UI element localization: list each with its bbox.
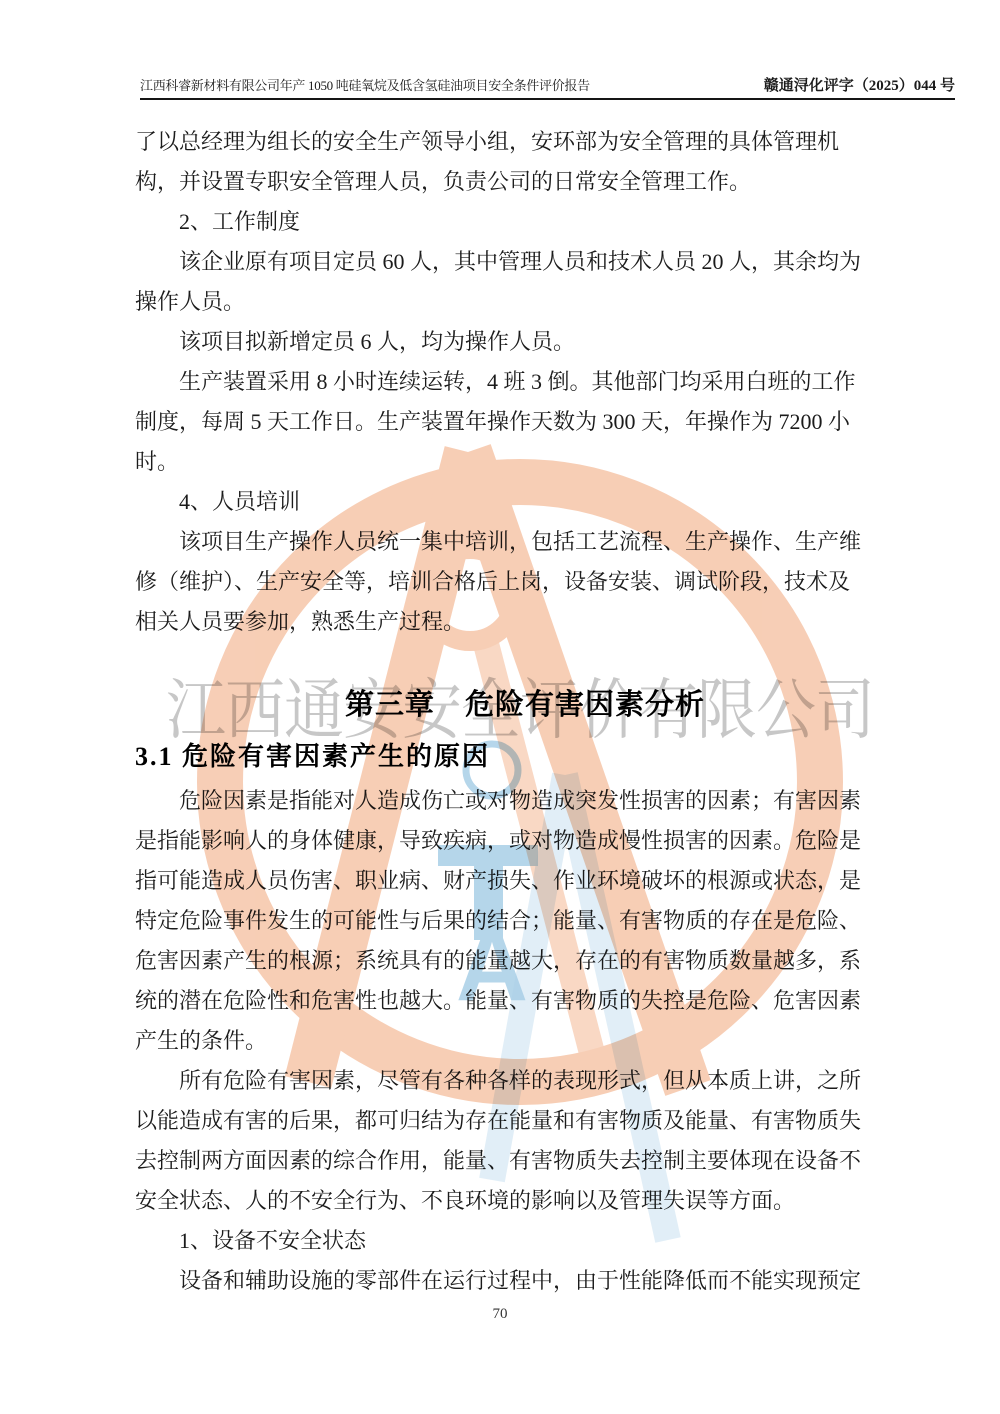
- body-line: 修（维护）、生产安全等，培训合格后上岗，设备安装、调试阶段，技术及: [135, 562, 915, 602]
- body-line: 该项目生产操作人员统一集中培训，包括工艺流程、生产操作、生产维: [135, 522, 915, 562]
- body-line: 安全状态、人的不安全行为、不良环境的影响以及管理失误等方面。: [135, 1181, 915, 1221]
- header-doc-number: 赣通浔化评字（2025）044 号: [764, 74, 955, 95]
- body-line: 时。: [135, 442, 915, 482]
- body-line: 相关人员要参加，熟悉生产过程。: [135, 602, 915, 642]
- page-header: 江西科睿新材料有限公司年产 1050 吨硅氧烷及低含氢硅油项目安全条件评价报告 …: [140, 74, 955, 100]
- body-line: 指可能造成人员伤害、职业病、财产损失、作业环境破坏的根源或状态，是: [135, 861, 915, 901]
- body-line: 设备和辅助设施的零部件在运行过程中，由于性能降低而不能实现预定: [135, 1261, 915, 1301]
- body-line: 制度，每周 5 天工作日。生产装置年操作天数为 300 天，年操作为 7200 …: [135, 402, 915, 442]
- document-page: 江西科睿新材料有限公司年产 1050 吨硅氧烷及低含氢硅油项目安全条件评价报告 …: [0, 0, 1000, 1414]
- page-number: 70: [0, 1306, 1000, 1323]
- body-line: 危害因素产生的根源；系统具有的能量越大，存在的有害物质数量越多，系: [135, 941, 915, 981]
- body-line: 特定危险事件发生的可能性与后果的结合；能量、有害物质的存在是危险、: [135, 901, 915, 941]
- body-line: 以能造成有害的后果，都可归结为存在能量和有害物质及能量、有害物质失: [135, 1101, 915, 1141]
- body-line: 该项目拟新增定员 6 人，均为操作人员。: [135, 322, 915, 362]
- body-line: 生产装置采用 8 小时连续运转，4 班 3 倒。其他部门均采用白班的工作: [135, 362, 915, 402]
- body-line: 构，并设置专职安全管理人员，负责公司的日常安全管理工作。: [135, 162, 915, 202]
- body-line: 去控制两方面因素的综合作用，能量、有害物质失去控制主要体现在设备不: [135, 1141, 915, 1181]
- body-line: 统的潜在危险性和危害性也越大。能量、有害物质的失控是危险、危害因素: [135, 981, 915, 1021]
- body-line: 是指能影响人的身体健康，导致疾病，或对物造成慢性损害的因素。危险是: [135, 821, 915, 861]
- document-body: 了以总经理为组长的安全生产领导小组，安环部为安全管理的具体管理机 构，并设置专职…: [135, 122, 915, 1301]
- body-subitem: 2、工作制度: [135, 202, 915, 242]
- chapter-heading: 第三章 危险有害因素分析: [135, 682, 915, 728]
- body-line: 操作人员。: [135, 282, 915, 322]
- body-subitem: 1、设备不安全状态: [135, 1221, 915, 1261]
- body-subitem: 4、人员培训: [135, 482, 915, 522]
- body-line: 该企业原有项目定员 60 人，其中管理人员和技术人员 20 人，其余均为: [135, 242, 915, 282]
- body-line: 产生的条件。: [135, 1021, 915, 1061]
- body-line: 所有危险有害因素，尽管有各种各样的表现形式，但从本质上讲，之所: [135, 1061, 915, 1101]
- header-report-title: 江西科睿新材料有限公司年产 1050 吨硅氧烷及低含氢硅油项目安全条件评价报告: [140, 75, 590, 94]
- section-paragraphs: 危险因素是指能对人造成伤亡或对物造成突发性损害的因素；有害因素 是指能影响人的身…: [135, 781, 915, 1301]
- body-line: 危险因素是指能对人造成伤亡或对物造成突发性损害的因素；有害因素: [135, 781, 915, 821]
- body-line: 了以总经理为组长的安全生产领导小组，安环部为安全管理的具体管理机: [135, 122, 915, 162]
- section-heading: 3.1 危险有害因素产生的原因: [135, 738, 915, 776]
